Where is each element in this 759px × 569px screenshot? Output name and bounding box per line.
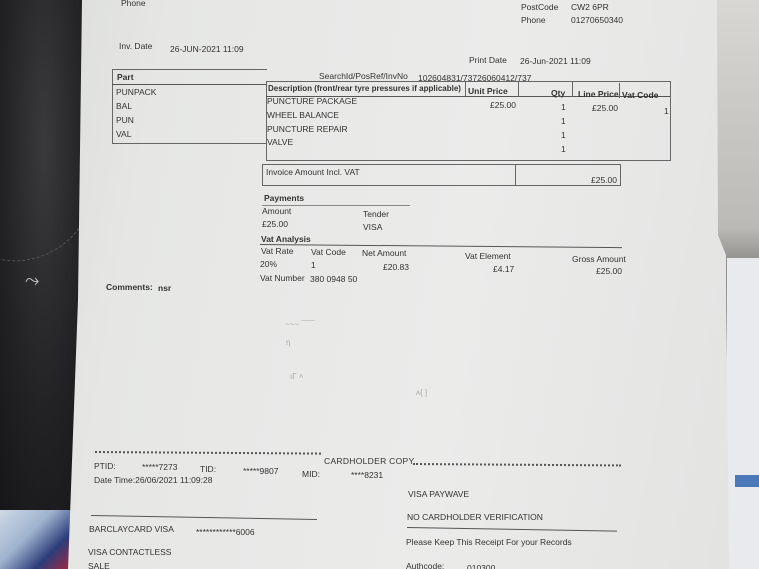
signature-line [91, 515, 317, 520]
invoice-total-value: £25.00 [591, 175, 617, 185]
row-qty: 1 [561, 144, 566, 154]
tid-label: TID: [200, 464, 216, 474]
tid-value: *****9807 [243, 466, 278, 476]
phone-label-top: Phone [121, 0, 146, 8]
postcode-value: CW2 6PR [571, 2, 609, 12]
part-column-box [112, 69, 267, 144]
ptid-value: *****7273 [142, 462, 177, 472]
payments-title: Payments [264, 193, 304, 203]
row-qty: 1 [561, 116, 566, 126]
authcode-value: 010300 [467, 563, 495, 569]
col-vat-code: Vat Code [622, 90, 658, 100]
row-description: PUNCTURE PACKAGE [267, 96, 357, 106]
seat-adjust-icon: ⤳ [25, 268, 45, 292]
background-object [0, 510, 75, 569]
vat-col-element: Vat Element [465, 251, 511, 261]
inv-date-label: Inv. Date [119, 41, 152, 51]
payments-tender-value: VISA [363, 222, 382, 232]
row-part: PUNPACK [116, 87, 156, 97]
vat-col-net: Net Amount [362, 248, 406, 258]
phone-value: 01270650340 [571, 15, 623, 25]
col-qty: Qty [551, 88, 565, 98]
comments-label: Comments: [106, 282, 153, 292]
col-divider [619, 83, 620, 98]
contactless-label: VISA CONTACTLESS [88, 547, 171, 557]
verification-status: NO CARDHOLDER VERIFICATION [407, 512, 543, 522]
vat-analysis-title: Vat Analysis [261, 234, 311, 244]
col-unit-price: Unit Price [468, 86, 508, 96]
invoice-total-label: Invoice Amount Incl. VAT [266, 167, 360, 177]
search-ref-label: SearchId/PosRef/InvNo [319, 71, 408, 81]
mid-label: MID: [302, 469, 320, 479]
cardholder-copy-label: CARDHOLDER COPY [324, 456, 414, 466]
vat-row-rate: 20% [260, 259, 277, 269]
keep-receipt-notice: Please Keep This Receipt For your Record… [406, 537, 572, 547]
row-line-price: £25.00 [592, 103, 618, 113]
card-number: ************6006 [196, 527, 255, 537]
vat-row-code: 1 [311, 260, 316, 270]
col-divider [572, 82, 573, 97]
show-through-marks: ʌ{ ] [416, 388, 427, 397]
vat-row-net: £20.83 [383, 262, 409, 272]
total-divider [515, 165, 516, 185]
col-divider [465, 81, 466, 96]
vat-col-rate: Vat Rate [261, 246, 293, 256]
vat-number-label: Vat Number [260, 273, 305, 283]
show-through-marks: ~~~ ‾‾‾‾‾ [285, 320, 315, 329]
sale-label: SALE [88, 561, 110, 569]
row-description: VALVE [267, 137, 293, 147]
verification-line [407, 527, 617, 532]
print-date-label: Print Date [469, 55, 507, 65]
row-description: PUNCTURE REPAIR [267, 124, 348, 134]
ptid-label: PTID: [94, 461, 116, 471]
vat-col-code: Vat Code [311, 247, 346, 257]
show-through-marks: ıΓ ˄ [290, 372, 304, 381]
payments-tender-label: Tender [363, 209, 389, 219]
row-unit-price: £25.00 [490, 100, 516, 110]
col-line-price: Line Price [578, 89, 619, 99]
show-through-marks: η [286, 338, 290, 347]
payments-amount-value: £25.00 [262, 219, 288, 229]
row-part: PUN [116, 115, 134, 125]
postcode-label: PostCode [521, 2, 558, 12]
col-description: Description (front/rear tyre pressures i… [268, 84, 461, 93]
row-qty: 1 [561, 102, 566, 112]
vat-number-value: 380 0948 50 [310, 274, 357, 284]
second-receipt-edge [727, 258, 759, 569]
payment-method: VISA PAYWAVE [408, 489, 469, 499]
vat-row-gross: £25.00 [596, 266, 622, 276]
transaction-datetime: Date Time:26/06/2021 11:09:28 [94, 475, 212, 485]
row-description: WHEEL BALANCE [267, 110, 339, 120]
col-divider [518, 82, 519, 97]
print-date-value: 26-Jun-2021 11:09 [520, 56, 591, 66]
row-qty: 1 [561, 130, 566, 140]
payments-amount-label: Amount [262, 206, 291, 216]
row-part: BAL [116, 101, 132, 111]
row-part: VAL [116, 129, 131, 139]
dotted-separator-right [413, 463, 621, 466]
authcode-label: Authcode: [406, 561, 444, 569]
phone-label: Phone [521, 15, 546, 25]
vat-row-element: £4.17 [493, 264, 514, 274]
row-vat-code: 1 [664, 106, 669, 116]
inv-date-value: 26-JUN-2021 11:09 [170, 44, 244, 54]
mid-value: ****8231 [351, 470, 383, 480]
col-part: Part [117, 72, 134, 82]
vat-col-gross: Gross Amount [572, 254, 626, 264]
card-name: BARCLAYCARD VISA [89, 524, 174, 534]
receipt-paper: Phone PostCode CW2 6PR Phone 01270650340… [0, 0, 759, 569]
comments-value: nsr [158, 283, 171, 293]
second-receipt-blue-stripe [735, 475, 759, 487]
part-header-divider [112, 84, 266, 85]
dotted-separator-left [95, 451, 321, 455]
